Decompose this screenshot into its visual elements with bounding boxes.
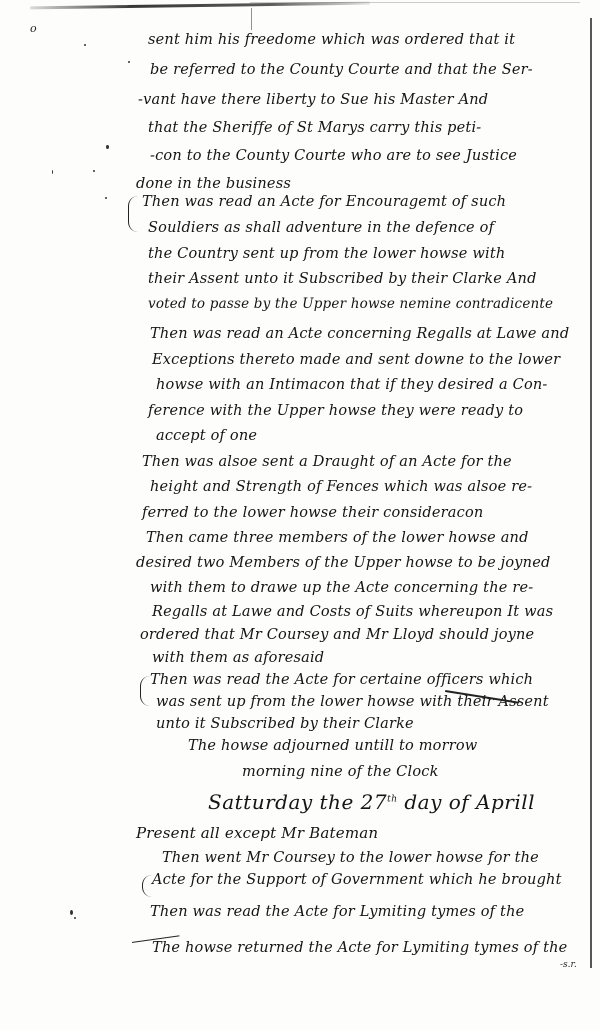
ink-speck [84, 44, 86, 46]
text-line: morning nine of the Clock [242, 764, 439, 780]
text-line: be referred to the County Courte and tha… [150, 62, 533, 78]
text-line: Exceptions thereto made and sent downe t… [152, 352, 560, 368]
text-line: the Country sent up from the lower howse… [148, 246, 505, 262]
text-line: ordered that Mr Coursey and Mr Lloyd sho… [140, 627, 534, 643]
date-heading-rest: day of Aprill [404, 790, 535, 814]
ink-speck [52, 170, 53, 174]
ink-speck [106, 145, 109, 149]
text-line: Then was alsoe sent a Draught of an Acte… [142, 454, 512, 470]
text-line: done in the business [136, 176, 291, 192]
fold-mark [251, 8, 252, 30]
date-heading: Satturday the 27th day of Aprill [208, 790, 535, 814]
corner-note: -s.r. [560, 960, 577, 970]
text-line: ferred to the lower howse their consider… [142, 505, 483, 521]
text-line: The howse returned the Acte for Lymiting… [152, 940, 567, 956]
margin-mark: o [30, 22, 37, 35]
text-line: height and Strength of Fences which was … [150, 479, 532, 495]
text-line: with them to drawe up the Acte concernin… [150, 580, 533, 596]
ink-speck [93, 170, 95, 172]
text-line: Then was read an Acte for Encouragemt of… [142, 194, 506, 210]
text-line: Then came three members of the lower how… [146, 530, 529, 546]
text-line: Then was read an Acte concerning Regalls… [150, 326, 569, 342]
text-line: Acte for the Support of Government which… [152, 872, 562, 888]
ink-speck [70, 910, 73, 915]
text-line: -con to the County Courte who are to see… [150, 148, 517, 164]
text-line: ference with the Upper howse they were r… [148, 403, 523, 419]
text-line: Then went Mr Coursey to the lower howse … [162, 850, 539, 866]
text-line: Then was read the Acte for Lymiting tyme… [150, 904, 524, 920]
text-line: Present all except Mr Bateman [136, 824, 378, 842]
right-margin-rule [590, 18, 592, 968]
text-line: Souldiers as shall adventure in the defe… [148, 220, 494, 236]
text-line: accept of one [156, 428, 257, 444]
date-heading-ordinal: th [387, 794, 397, 804]
text-line: that the Sheriffe of St Marys carry this… [148, 120, 481, 136]
ink-speck [74, 917, 76, 919]
text-line: with them as aforesaid [152, 650, 324, 666]
text-line: their Assent unto it Subscribed by their… [148, 271, 537, 287]
text-line: Regalls at Lawe and Costs of Suits where… [152, 604, 553, 620]
text-line: Then was read the Acte for certaine offi… [150, 672, 533, 688]
text-line: The howse adjourned untill to morrow [188, 738, 477, 754]
text-line: voted to passe by the Upper howse nemine… [148, 296, 553, 312]
text-line: sent him his freedome which was ordered … [148, 32, 515, 48]
text-line: -vant have there liberty to Sue his Mast… [138, 92, 488, 108]
text-line: unto it Subscribed by their Clarke [156, 716, 414, 732]
manuscript-page: o sent him his freedome which was ordere… [0, 0, 600, 1030]
ink-speck [128, 61, 130, 63]
ink-speck [105, 197, 107, 199]
date-heading-weekday: Satturday the 27 [208, 790, 387, 814]
page-top-edge-faint [250, 2, 580, 3]
text-line: desired two Members of the Upper howse t… [136, 555, 550, 571]
text-line: howse with an Intimacon that if they des… [156, 377, 548, 393]
paragraph-flourish [128, 196, 141, 232]
